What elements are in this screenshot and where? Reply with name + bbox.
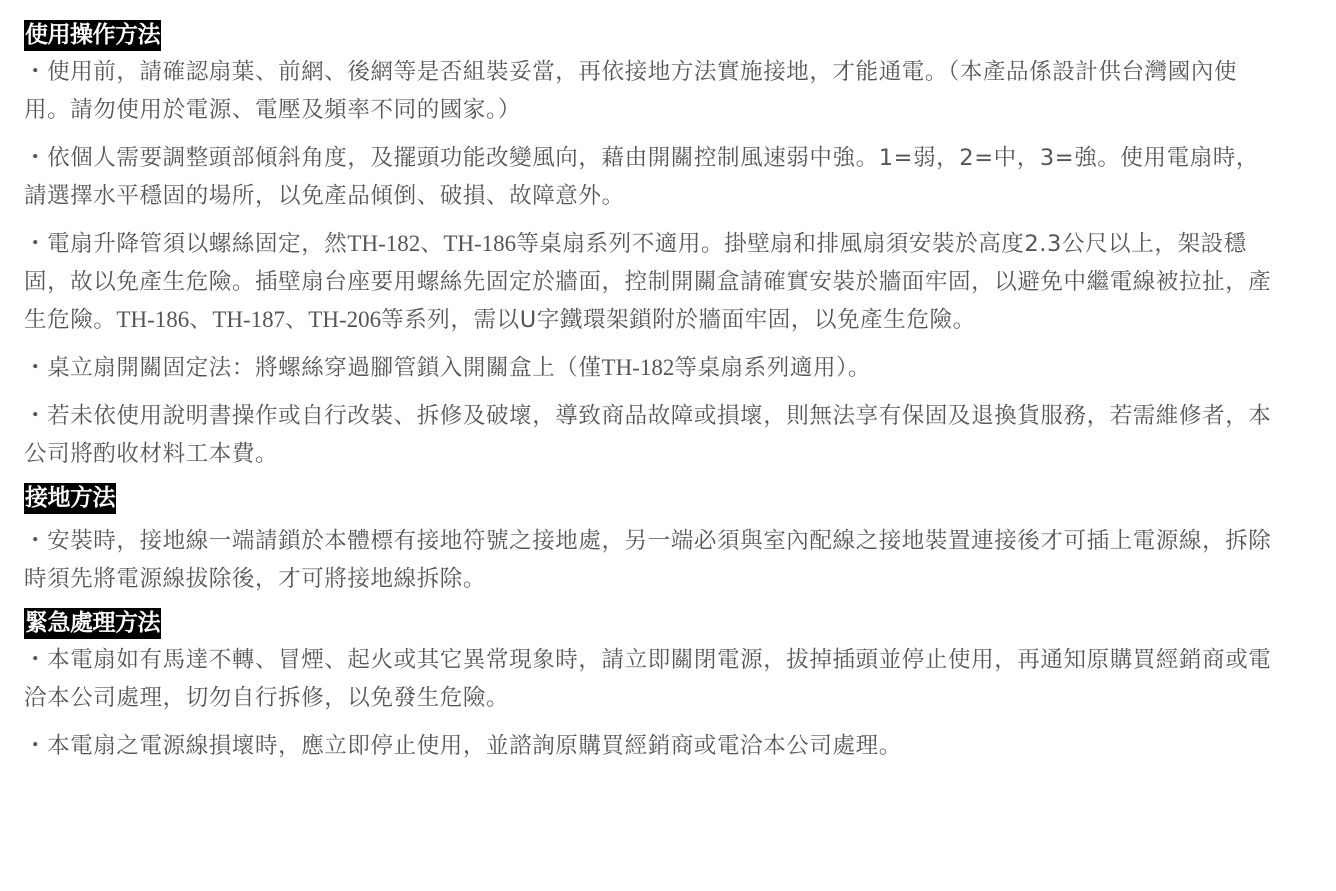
paragraph: ・若未依使用說明書操作或自行改裝、拆修及破壞，導致商品故障或損壞，則無法享有保固… bbox=[24, 397, 1276, 473]
paragraph-text: 若未依使用說明書操作或自行改裝、拆修及破壞，導致商品故障或損壞，則無法享有保固及… bbox=[24, 403, 1271, 467]
model-number: TH-182 bbox=[602, 355, 675, 380]
paragraph-text: 電扇升降管須以螺絲固定，然 bbox=[47, 231, 347, 257]
paragraph: ・使用前，請確認扇葉、前網、後網等是否組裝妥當，再依接地方法實施接地，才能通電。… bbox=[24, 53, 1276, 129]
paragraph-text: 依個人需要調整頭部傾斜角度，及擺頭功能改變風向，藉由開關控制風速弱中強。1=弱，… bbox=[24, 145, 1259, 209]
paragraph: ・依個人需要調整頭部傾斜角度，及擺頭功能改變風向，藉由開關控制風速弱中強。1=弱… bbox=[24, 139, 1276, 215]
bullet: ・ bbox=[24, 59, 47, 85]
model-number: TH-187 bbox=[212, 307, 285, 332]
paragraph: ・電扇升降管須以螺絲固定，然TH-182、TH-186等桌扇系列不適用。掛壁扇和… bbox=[24, 225, 1276, 339]
model-number: TH-182 bbox=[347, 231, 420, 256]
paragraph-text: 安裝時，接地線一端請鎖於本體標有接地符號之接地處，另一端必須與室內配線之接地裝置… bbox=[24, 528, 1271, 592]
paragraph-text: 等桌扇系列適用）。 bbox=[674, 355, 871, 381]
paragraph-text: 使用前，請確認扇葉、前網、後網等是否組裝妥當，再依接地方法實施接地，才能通電。（… bbox=[24, 59, 1237, 123]
section-heading: 使用操作方法 bbox=[24, 20, 161, 51]
section-heading: 緊急處理方法 bbox=[24, 608, 161, 639]
paragraph: ・本電扇之電源線損壞時，應立即停止使用，並諮詢原購買經銷商或電洽本公司處理。 bbox=[24, 727, 1276, 765]
section-heading: 接地方法 bbox=[24, 483, 116, 514]
model-number: TH-206 bbox=[308, 307, 381, 332]
paragraph-text: 本電扇如有馬達不轉、冒煙、起火或其它異常現象時，請立即關閉電源，拔掉插頭並停止使… bbox=[24, 647, 1271, 711]
section-operation: 使用操作方法 ・使用前，請確認扇葉、前網、後網等是否組裝妥當，再依接地方法實施接… bbox=[24, 20, 1276, 473]
bullet: ・ bbox=[24, 355, 47, 381]
paragraph-text: 等系列，需以U字鐵環架鎖附於牆面牢固，以免產生危險。 bbox=[381, 307, 976, 333]
bullet: ・ bbox=[24, 145, 47, 171]
bullet: ・ bbox=[24, 647, 47, 673]
document: 使用操作方法 ・使用前，請確認扇葉、前網、後網等是否組裝妥當，再依接地方法實施接… bbox=[0, 0, 1276, 765]
paragraph: ・本電扇如有馬達不轉、冒煙、起火或其它異常現象時，請立即關閉電源，拔掉插頭並停止… bbox=[24, 641, 1276, 717]
bullet: ・ bbox=[24, 528, 47, 554]
model-number: TH-186 bbox=[116, 307, 189, 332]
bullet: ・ bbox=[24, 231, 47, 257]
model-number: TH-186 bbox=[443, 231, 516, 256]
paragraph: ・安裝時，接地線一端請鎖於本體標有接地符號之接地處，另一端必須與室內配線之接地裝… bbox=[24, 522, 1276, 598]
bullet: ・ bbox=[24, 403, 47, 429]
paragraph-text: 、 bbox=[420, 231, 443, 257]
section-emergency: 緊急處理方法 ・本電扇如有馬達不轉、冒煙、起火或其它異常現象時，請立即關閉電源，… bbox=[24, 608, 1276, 765]
section-grounding: 接地方法 ・安裝時，接地線一端請鎖於本體標有接地符號之接地處，另一端必須與室內配… bbox=[24, 483, 1276, 598]
bullet: ・ bbox=[24, 733, 47, 759]
paragraph-text: 桌立扇開關固定法：將螺絲穿過腳管鎖入開關盒上（僅 bbox=[47, 355, 601, 381]
paragraph-text: 、 bbox=[189, 307, 212, 333]
paragraph-text: 、 bbox=[285, 307, 308, 333]
paragraph-text: 本電扇之電源線損壞時，應立即停止使用，並諮詢原購買經銷商或電洽本公司處理。 bbox=[47, 733, 902, 759]
paragraph: ・桌立扇開關固定法：將螺絲穿過腳管鎖入開關盒上（僅TH-182等桌扇系列適用）。 bbox=[24, 349, 1276, 387]
